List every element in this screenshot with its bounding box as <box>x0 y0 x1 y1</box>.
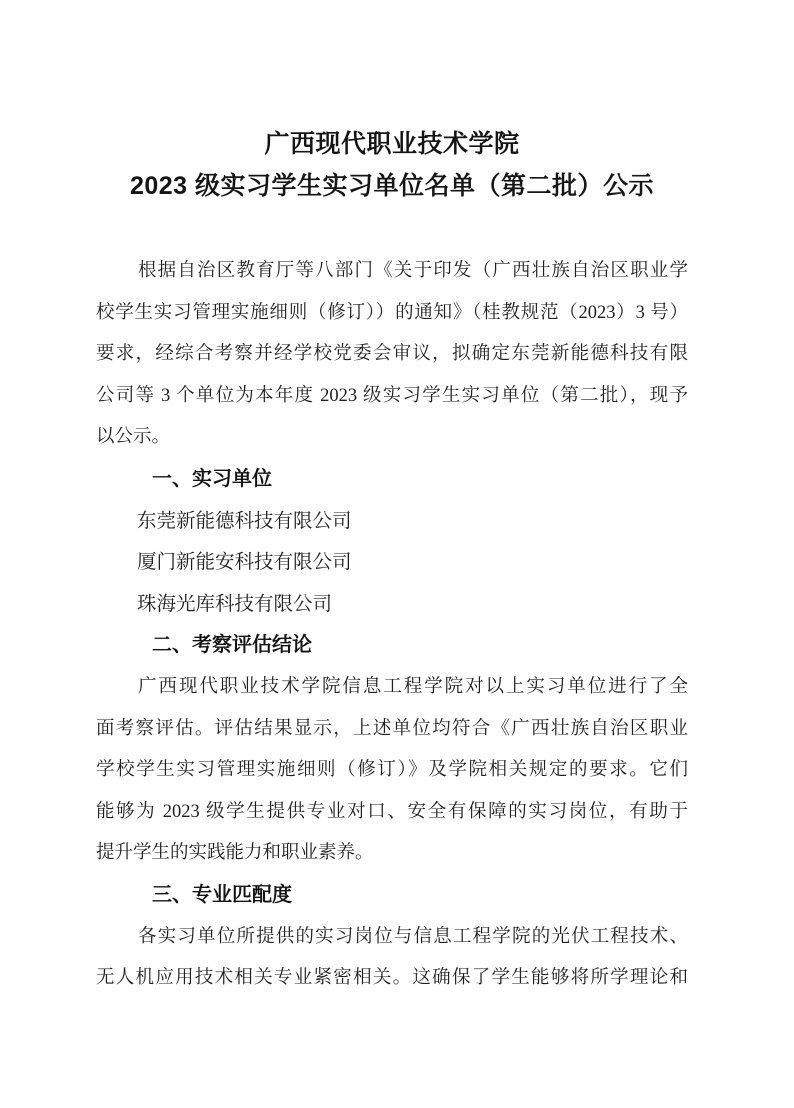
intro-line-4: 公司等 3 个单位为本年度 2023 级实习学生实习单位（第二批），现予 <box>96 376 688 418</box>
section3-line-2: 无人机应用技术相关专业紧密相关。这确保了学生能够将所学理论和 <box>96 958 688 1000</box>
company-item: 厦门新能安科技有限公司 <box>96 542 688 584</box>
section3-heading: 三、专业匹配度 <box>96 875 688 917</box>
section2-line-5: 提升学生的实践能力和职业素养。 <box>96 833 688 875</box>
doc-title-line1: 广西现代职业技术学院 <box>96 123 688 165</box>
intro-line-3: 要求，经综合考察并经学校党委会审议，拟确定东莞新能德科技有限 <box>96 334 688 376</box>
section2-line-4: 能够为 2023 级学生提供专业对口、安全有保障的实习岗位，有助于 <box>96 792 688 834</box>
intro-line-2: 校学生实习管理实施细则（修订））的通知》（桂教规范（2023）3 号） <box>96 293 688 335</box>
intro-line-1: 根据自治区教育厅等八部门《关于印发（广西壮族自治区职业学 <box>96 251 688 293</box>
section2-line-1: 广西现代职业技术学院信息工程学院对以上实习单位进行了全 <box>96 667 688 709</box>
company-item: 东莞新能德科技有限公司 <box>96 501 688 543</box>
doc-body: 根据自治区教育厅等八部门《关于印发（广西壮族自治区职业学 校学生实习管理实施细则… <box>96 251 688 1000</box>
section2-line-3: 学校学生实习管理实施细则（修订）》及学院相关规定的要求。它们 <box>96 750 688 792</box>
intro-line-5: 以公示。 <box>96 417 688 459</box>
section3-line-1: 各实习单位所提供的实习岗位与信息工程学院的光伏工程技术、 <box>96 917 688 959</box>
company-item: 珠海光库科技有限公司 <box>96 584 688 626</box>
section2-heading: 二、考察评估结论 <box>96 625 688 667</box>
document-page: 广西现代职业技术学院 2023 级实习学生实习单位名单（第二批）公示 根据自治区… <box>0 0 794 1108</box>
section1-heading: 一、实习单位 <box>96 459 688 501</box>
section2-line-2: 面考察评估。评估结果显示，上述单位均符合《广西壮族自治区职业 <box>96 709 688 751</box>
doc-title-line2: 2023 级实习学生实习单位名单（第二批）公示 <box>96 165 688 207</box>
